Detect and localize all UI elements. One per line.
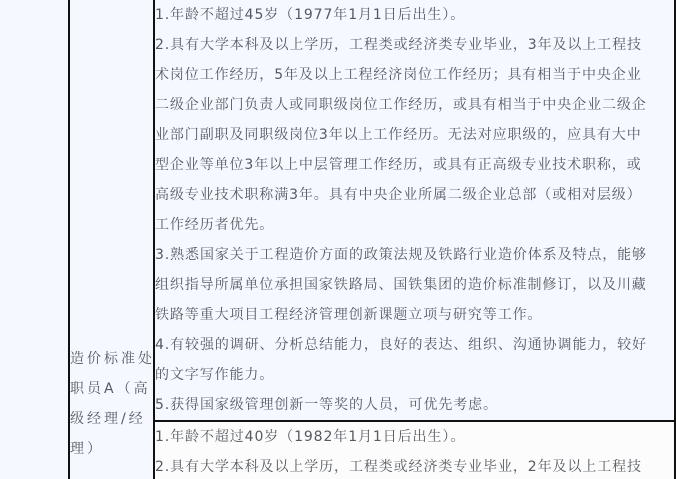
requirement-line: 5.获得国家级管理创新一等奖的人员，可优先考虑。	[155, 390, 673, 420]
requirement-line: 的文字写作能力。	[155, 360, 673, 390]
position-title-line: 理）	[70, 434, 153, 464]
job-requirements-table: 造价标准处 职员A（高 级经理/经 理） 1.年龄不超过45岁（1977年1月1…	[0, 0, 676, 479]
requirement-line: 2.具有大学本科及以上学历，工程类或经济类专业毕业，2年及以上工程技	[155, 452, 673, 479]
requirement-line: 4.有较强的调研、分析总结能力，良好的表达、组织、沟通协调能力，较好	[155, 330, 673, 360]
requirement-line: 1.年龄不超过45岁（1977年1月1日后出生）。	[155, 0, 673, 30]
position-cell: 造价标准处 职员A（高 级经理/经 理）	[70, 0, 153, 479]
requirement-line: 型企业等单位3年以上中层管理工作经历，或具有正高级专业技术职称，或	[155, 150, 673, 180]
position-title: 造价标准处 职员A（高 级经理/经 理）	[70, 344, 153, 464]
requirements-cell-1: 1.年龄不超过45岁（1977年1月1日后出生）。 2.具有大学本科及以上学历，…	[155, 0, 673, 420]
requirement-line: 1.年龄不超过40岁（1982年1月1日后出生）。	[155, 422, 673, 452]
requirement-line: 3.熟悉国家关于工程造价方面的政策法规及铁路行业造价体系及特点，能够	[155, 240, 673, 270]
requirement-line: 二级企业部门负责人或同职级岗位工作经历，或具有相当于中央企业二级企	[155, 90, 673, 120]
position-title-line: 造价标准处	[70, 344, 153, 374]
requirement-line: 2.具有大学本科及以上学历，工程类或经济类专业毕业，3年及以上工程技	[155, 30, 673, 60]
requirement-line: 业部门副职及同职级岗位3年以上工作经历。无法对应职级的，应具有大中	[155, 120, 673, 150]
requirements-cell-2: 1.年龄不超过40岁（1982年1月1日后出生）。 2.具有大学本科及以上学历，…	[155, 422, 673, 479]
position-title-line: 职员A（高	[70, 374, 153, 404]
requirement-line: 组织指导所属单位承担国家铁路局、国铁集团的造价标准制修订，以及川藏	[155, 270, 673, 300]
requirement-line: 铁路等重大项目工程经济管理创新课题立项与研究等工作。	[155, 300, 673, 330]
requirement-line: 高级专业技术职称满3年。具有中央企业所属二级企业总部（或相对层级）	[155, 180, 673, 210]
position-title-line: 级经理/经	[70, 404, 153, 434]
requirement-line: 术岗位工作经历，5年及以上工程经济岗位工作经历；具有相当于中央企业	[155, 60, 673, 90]
requirement-line: 工作经历者优先。	[155, 210, 673, 240]
